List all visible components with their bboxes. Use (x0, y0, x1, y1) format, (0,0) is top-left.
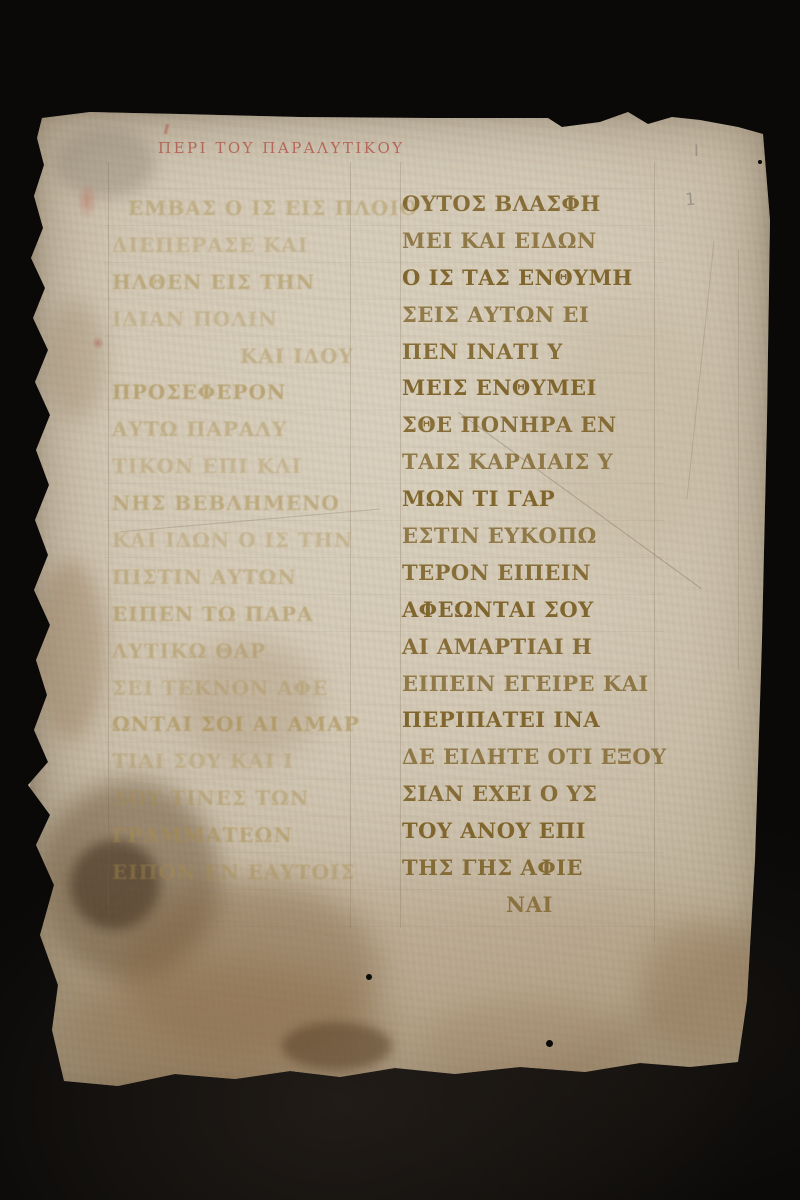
stain (45, 300, 105, 420)
vertical-ruling (400, 162, 401, 928)
text-line: ΕΜΒΑΣ Ο ΙΣ ΕΙΣ ΠΛΟΙΟ (112, 190, 358, 227)
text-line: ΔΕ ΕΙΔΗΤΕ ΟΤΙ ΕΞΟΥ (402, 739, 660, 776)
text-line: ΣΕΙ ΤΕΚΝΟΝ ΑΦΕ (112, 670, 358, 707)
text-line: ΔΙΕΠΕΡΑΣΕ ΚΑΙ (112, 227, 358, 264)
text-line: ΕΣΤΙΝ ΕΥΚΟΠΩ (402, 518, 660, 555)
text-line: Ο ΙΣ ΤΑΣ ΕΝΘΥΜΗ (402, 260, 660, 297)
text-line: ΠΡΟΣΕΦΕΡΟΝ (112, 374, 358, 411)
text-line: ΗΛΘΕΝ ΕΙΣ ΤΗΝ (112, 264, 358, 301)
text-line: ΕΙΠΟΝ ΕΝ ΕΑΥΤΟΙΣ (112, 854, 358, 891)
folio-number-roman: I (694, 141, 699, 160)
text-line: ΩΝΤΑΙ ΣΟΙ ΑΙ ΑΜΑΡ (112, 706, 358, 743)
text-line: ΑΥΤΩ ΠΑΡΑΛΥ (112, 411, 358, 448)
text-line: ΠΕΝ ΙΝΑΤΙ Υ (402, 334, 660, 371)
text-line: ΜΕΙΣ ΕΝΘΥΜΕΙ (402, 370, 660, 407)
text-line: ΙΔΙΑΝ ΠΟΛΙΝ (112, 301, 358, 338)
text-line: ΔΟΥ ΤΙΝΕΣ ΤΩΝ (112, 780, 358, 817)
vertical-ruling (738, 250, 739, 670)
text-line: ΑΦΕΩΝΤΑΙ ΣΟΥ (402, 592, 660, 629)
text-line: ΝΗΣ ΒΕΒΛΗΜΕΝΟ (112, 485, 358, 522)
text-line: ΕΙΠΕΙΝ ΕΓΕΙΡΕ ΚΑΙ (402, 666, 660, 703)
text-line: ΟΥΤΟΣ ΒΛΑΣΦΗ (402, 186, 660, 223)
text-line: ΤΑΙΣ ΚΑΡΔΙΑΙΣ Υ (402, 444, 660, 481)
text-line: ΤΙΑΙ ΣΟΥ ΚΑΙ Ι (112, 743, 358, 780)
text-line: ΜΕΙ ΚΑΙ ΕΙΔΩΝ (402, 223, 660, 260)
text-line: ΝΑΙ (402, 887, 660, 924)
rubric-title: ΠΕΡΙ ΤΟΥ ΠΑΡΑΛΥΤΙΚΟΥ (158, 139, 405, 157)
marginal-red-mark (76, 182, 98, 220)
stain (35, 560, 105, 740)
text-line: ΓΡΑΜΜΑΤΕΩΝ (112, 817, 358, 854)
wormhole (758, 160, 762, 164)
stain (420, 1000, 640, 1090)
manuscript-photograph: ΠΕΡΙ ΤΟΥ ΠΑΡΑΛΥΤΙΚΟΥ I 1 ΕΜΒΑΣ Ο ΙΣ ΕΙΣ … (0, 0, 800, 1200)
text-line: ΚΑΙ ΙΔΩΝ Ο ΙΣ ΤΗΝ (112, 522, 358, 559)
text-line: ΛΥΤΙΚΩ ΘΑΡ (112, 633, 358, 670)
text-line: ΣΕΙΣ ΑΥΤΩΝ ΕΙ (402, 297, 660, 334)
text-line: ΕΙΠΕΝ ΤΩ ΠΑΡΑ (112, 596, 358, 633)
text-line: ΤΗΣ ΓΗΣ ΑΦΙΕ (402, 850, 660, 887)
text-column-right: ΟΥΤΟΣ ΒΛΑΣΦΗΜΕΙ ΚΑΙ ΕΙΔΩΝΟ ΙΣ ΤΑΣ ΕΝΘΥΜΗ… (402, 186, 660, 924)
parchment-leaf: ΠΕΡΙ ΤΟΥ ΠΑΡΑΛΥΤΙΚΟΥ I 1 ΕΜΒΑΣ Ο ΙΣ ΕΙΣ … (0, 0, 800, 1200)
text-line: ΜΩΝ ΤΙ ΓΑΡ (402, 481, 660, 518)
text-line: ΑΙ ΑΜΑΡΤΙΑΙ Η (402, 629, 660, 666)
text-line: ΠΙΣΤΙΝ ΑΥΤΩΝ (112, 559, 358, 596)
text-column-left: ΕΜΒΑΣ Ο ΙΣ ΕΙΣ ΠΛΟΙΟΔΙΕΠΕΡΑΣΕ ΚΑΙΗΛΘΕΝ Ε… (112, 190, 358, 891)
text-line: ΣΘΕ ΠΟΝΗΡΑ ΕΝ (402, 407, 660, 444)
text-line: ΣΙΑΝ ΕΧΕΙ Ο ΥΣ (402, 776, 660, 813)
wormhole (366, 974, 372, 980)
text-line: ΤΕΡΟΝ ΕΙΠΕΙΝ (402, 555, 660, 592)
wormhole (546, 1040, 553, 1047)
vertical-ruling (108, 162, 109, 928)
stain (640, 920, 770, 1060)
text-line: ΤΟΥ ΑΝΟΥ ΕΠΙ (402, 813, 660, 850)
text-line: ΠΕΡΙΠΑΤΕΙ ΙΝΑ (402, 702, 660, 739)
text-line: ΤΙΚΟΝ ΕΠΙ ΚΛΙ (112, 448, 358, 485)
stain (282, 1022, 392, 1070)
marginal-red-mark (92, 336, 104, 350)
text-line: ΚΑΙ ΙΔΟΥ (112, 338, 358, 375)
folio-number-arabic: 1 (684, 190, 696, 211)
